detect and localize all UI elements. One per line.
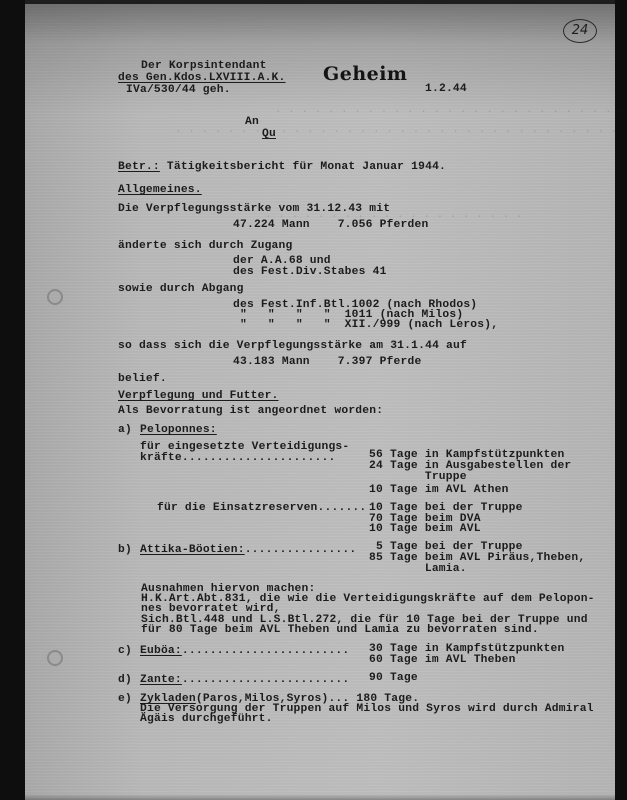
subject-text: Tätigkeitsbericht für Monat Januar 1944. bbox=[160, 161, 446, 173]
page-number: 24 bbox=[563, 19, 597, 43]
exceptions-line-5: für 80 Tage beim AVL Theben und Lamia zu… bbox=[141, 625, 539, 636]
item-c-value-2: 60 Tage im AVL Theben bbox=[369, 655, 516, 666]
strength-start: 47.224 Mann 7.056 Pferden bbox=[233, 220, 428, 231]
supply-intro: Als Bevorratung ist angeordnet worden: bbox=[118, 406, 383, 417]
strength-intro: Die Verpflegungsstärke vom 31.12.43 mit bbox=[118, 204, 390, 215]
departure-intro: sowie durch Abgang bbox=[118, 284, 244, 295]
sender-line-2: des Gen.Kdos.LXVIII.A.K. bbox=[118, 73, 286, 84]
item-a-reserve-value-3: 10 Tage beim AVL bbox=[369, 524, 481, 535]
file-reference: IVa/530/44 geh. bbox=[126, 85, 231, 96]
item-e-note-2: Ägäis durchgeführt. bbox=[140, 714, 273, 725]
subject-line: Betr.: Tätigkeitsbericht für Monat Janua… bbox=[118, 162, 446, 173]
result-outro: belief. bbox=[118, 374, 167, 385]
strength-end: 43.183 Mann 7.397 Pferde bbox=[233, 357, 421, 368]
document-page: . . . . . . . . . . . . . . . . . . . . … bbox=[25, 0, 615, 800]
classification-stamp: Geheim bbox=[323, 63, 408, 85]
section-heading-general: Allgemeines. bbox=[118, 185, 202, 196]
item-d-dots: ........................ bbox=[182, 674, 350, 686]
bleed-through-text: . . . . . . . . . . . . . . . . . . . . … bbox=[175, 124, 617, 136]
addition-2: des Fest.Div.Stabes 41 bbox=[233, 267, 387, 278]
item-d-marker: d) bbox=[118, 675, 132, 686]
document-date: 1.2.44 bbox=[425, 84, 467, 95]
result-intro: so dass sich die Verpflegungsstärke am 3… bbox=[118, 341, 467, 352]
item-a-defense-label-2: kräfte...................... bbox=[140, 453, 335, 464]
binder-hole bbox=[47, 650, 63, 666]
bleed-through-text: . . . . . . . . . . . . . . . . . . . . … bbox=[275, 104, 627, 116]
item-d-region: Zante: bbox=[140, 674, 182, 686]
item-c-region: Euböa: bbox=[140, 645, 182, 657]
item-b-value-3: Lamia. bbox=[369, 564, 467, 575]
item-b-marker: b) bbox=[118, 545, 132, 556]
departure-3: " " " " XII./999 (nach Leros), bbox=[233, 320, 498, 331]
item-d-label: Zante:........................ bbox=[140, 675, 349, 686]
section-heading-supply: Verpflegung und Futter. bbox=[118, 391, 279, 402]
subject-label: Betr.: bbox=[118, 161, 160, 173]
item-b-label: Attika-Böotien:................ bbox=[140, 545, 356, 556]
item-c-marker: c) bbox=[118, 646, 132, 657]
recipient-label: An bbox=[245, 117, 259, 128]
item-d-value: 90 Tage bbox=[369, 673, 418, 684]
item-c-dots: ........................ bbox=[182, 645, 350, 657]
change-intro: änderte sich durch Zugang bbox=[118, 241, 292, 252]
item-a-region: Peloponnes: bbox=[140, 425, 217, 436]
item-b-region: Attika-Böotien: bbox=[140, 544, 245, 556]
item-a-defense-value-3: Truppe bbox=[369, 472, 467, 483]
item-c-label: Euböa:........................ bbox=[140, 646, 349, 657]
item-b-dots: ................ bbox=[245, 544, 357, 556]
item-a-defense-value-4: 10 Tage im AVL Athen bbox=[369, 485, 509, 496]
recipient: Qu bbox=[262, 129, 276, 140]
item-a-reserve-label: für die Einsatzreserven....... bbox=[157, 503, 366, 514]
item-a-marker: a) bbox=[118, 425, 132, 436]
sender-line-1: Der Korpsintendant bbox=[141, 61, 267, 72]
binder-hole bbox=[47, 289, 63, 305]
item-e-marker: e) bbox=[118, 694, 132, 705]
